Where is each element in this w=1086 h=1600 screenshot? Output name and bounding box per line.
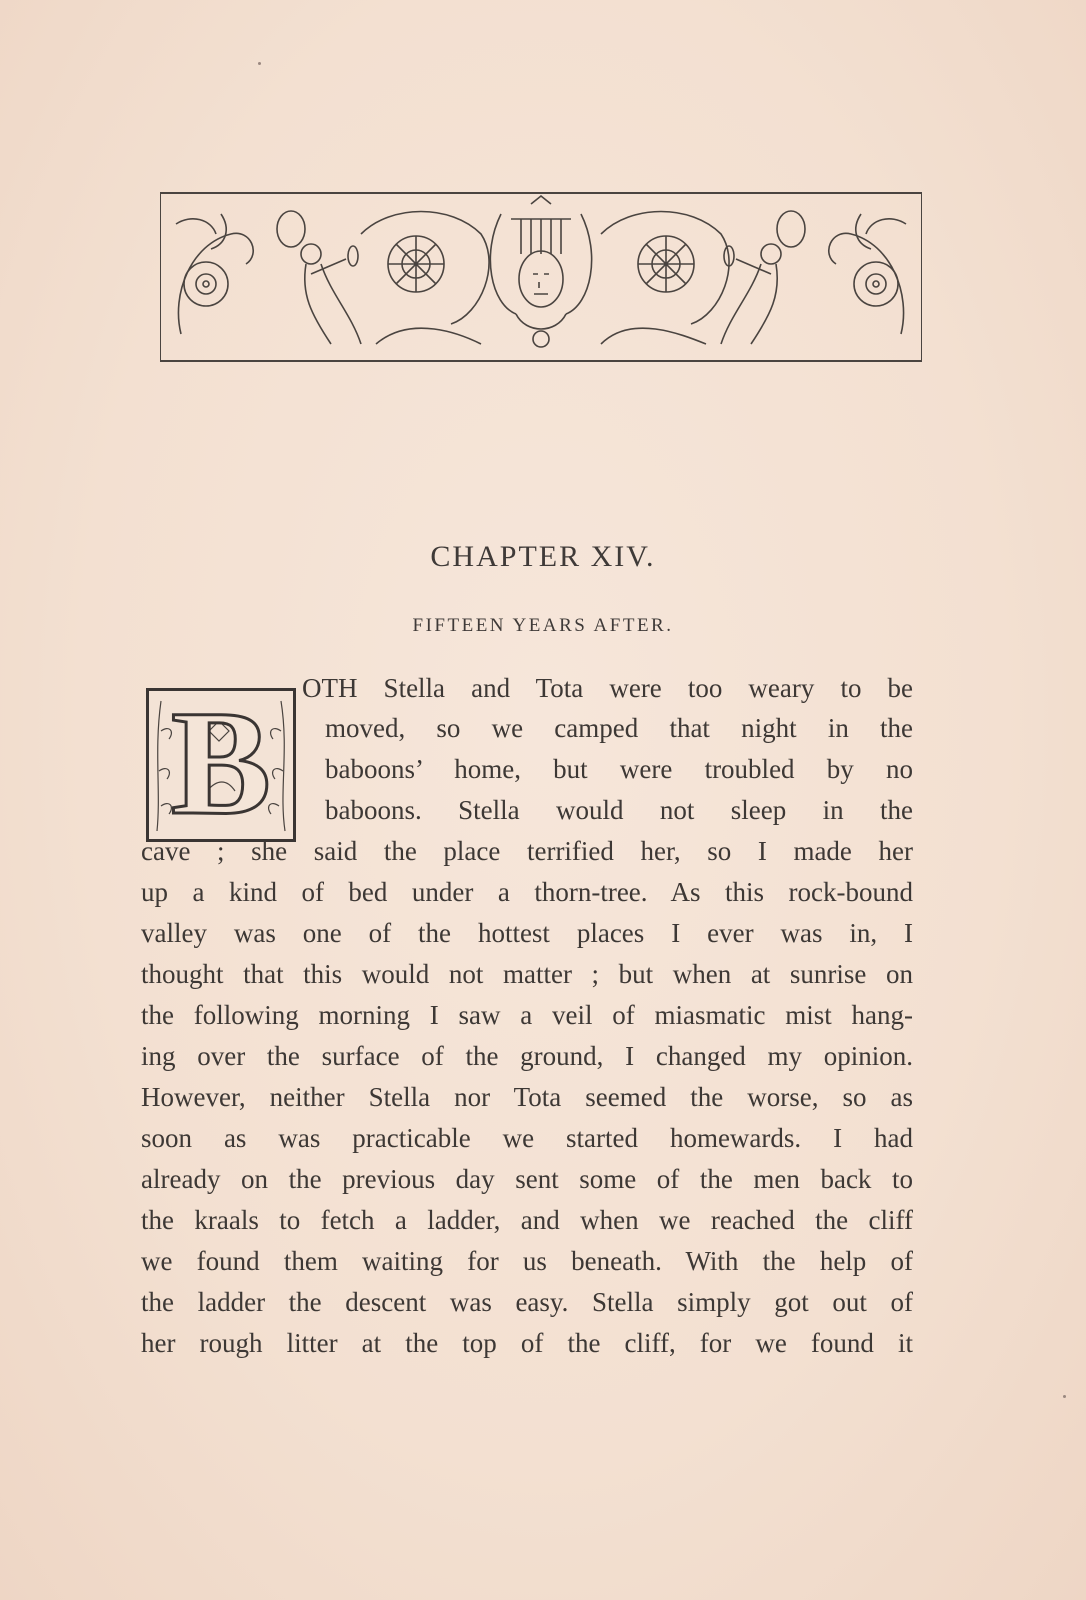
- drop-cap-letter: B: [149, 683, 293, 843]
- body-text-line: valley was one of the hottest places I e…: [141, 917, 913, 949]
- body-text-line: we found them waiting for us beneath. Wi…: [141, 1245, 913, 1277]
- body-text-line: the following morning I saw a veil of mi…: [141, 999, 913, 1031]
- body-text-line: the kraals to fetch a ladder, and when w…: [141, 1204, 913, 1236]
- body-text-line: the ladder the descent was easy. Stella …: [141, 1286, 913, 1318]
- body-text-line: already on the previous day sent some of…: [141, 1163, 913, 1195]
- ornamental-headpiece: [160, 192, 922, 362]
- body-text-line: cave ; she said the place terrified her,…: [141, 835, 913, 867]
- chapter-subtitle: FIFTEEN YEARS AFTER.: [0, 615, 1086, 637]
- body-text-line: baboons. Stella would not sleep in the: [325, 794, 913, 826]
- decorated-drop-cap: B: [146, 688, 296, 842]
- paper-speck: [1063, 1395, 1066, 1398]
- body-text-line: thought that this would not matter ; but…: [141, 958, 913, 990]
- body-text-line: However, neither Stella nor Tota seemed …: [141, 1081, 913, 1113]
- body-text-line: moved, so we camped that night in the: [325, 712, 913, 744]
- body-text-line: soon as was practicable we started homew…: [141, 1122, 913, 1154]
- body-text-line: baboons’ home, but were troubled by no: [325, 753, 913, 785]
- body-text-line: OTH Stella and Tota were too weary to be: [302, 672, 913, 704]
- ornament-illustration-icon: [161, 194, 921, 360]
- body-text-line: up a kind of bed under a thorn-tree. As …: [141, 876, 913, 908]
- paper-speck: [258, 62, 261, 65]
- body-text-line: ing over the surface of the ground, I ch…: [141, 1040, 913, 1072]
- body-text-line: her rough litter at the top of the cliff…: [141, 1327, 913, 1359]
- chapter-title: CHAPTER XIV.: [0, 540, 1086, 574]
